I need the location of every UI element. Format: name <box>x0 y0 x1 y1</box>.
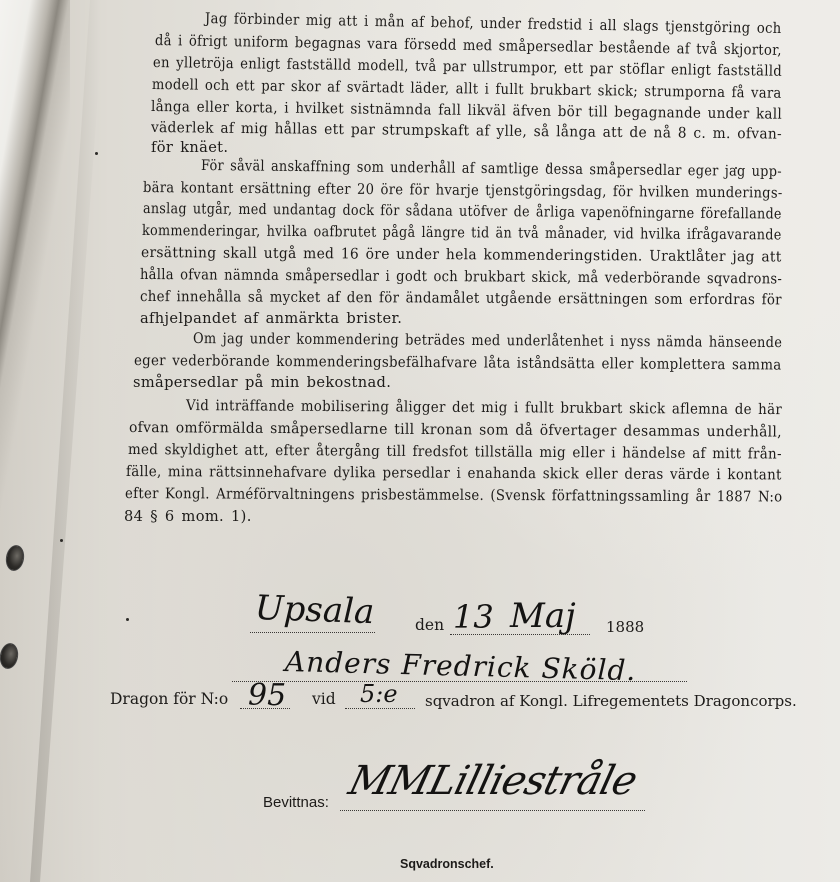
paper-speck <box>126 618 129 621</box>
text-line: Jag förbinder mig att i mån af behof, un… <box>205 10 782 37</box>
text-line: småpersedlar på min bekostnad. <box>133 374 391 391</box>
dragon-label: Dragon för N:o <box>110 690 228 708</box>
place-dotted-line <box>250 632 375 633</box>
text-line: För såväl anskaffning som underhåll af s… <box>201 157 782 180</box>
year-printed: 1888 <box>606 618 644 636</box>
text-line: modell och ett par skor af svärtadt läde… <box>152 76 782 102</box>
text-line: anslag utgår, med undantag dock för såda… <box>143 200 782 223</box>
witness-dotted-line <box>340 810 645 811</box>
squadron-text: sqvadron af Kongl. Lifregementets Dragon… <box>425 692 797 710</box>
text-line: afhjelpandet af anmärkta brister. <box>140 310 402 327</box>
date-dotted-line <box>450 634 590 635</box>
text-line: med skyldighet att, efter återgång till … <box>128 441 782 463</box>
text-line: ersättning skall utgå med 16 öre under h… <box>141 244 782 265</box>
document-page: Jag förbinder mig att i mån af behof, un… <box>0 0 840 882</box>
witness-label: Bevittnas: <box>263 794 329 811</box>
squadron-dotted-line <box>345 708 415 709</box>
text-line: en ylletröja enligt fastställd modell, t… <box>153 54 782 80</box>
text-line: Om jag under kommendering beträdes med u… <box>193 330 782 351</box>
text-line: eger vederbörande kommenderingsbefälhafv… <box>134 352 782 374</box>
footer-title: Sqvadronschef. <box>400 857 494 871</box>
paper-speck <box>95 152 98 155</box>
handwritten-squadron: 5:e <box>360 680 398 708</box>
text-line: väderlek af mig hållas ett par strumpska… <box>151 119 782 143</box>
text-line: efter Kongl. Arméförvaltningens prisbest… <box>125 485 783 505</box>
text-line: kommenderingar, hvilka oafbrutet pågå lä… <box>142 222 782 243</box>
text-line: ofvan omförmälda småpersedlarne till kro… <box>129 419 782 441</box>
document-body: Jag förbinder mig att i mån af behof, un… <box>0 0 840 882</box>
name-dotted-line <box>232 681 687 682</box>
handwritten-place: Upsala <box>254 588 375 632</box>
handwritten-month: Maj <box>510 596 576 636</box>
text-line: chef innehålla så mycket af den för ända… <box>140 288 782 308</box>
paper-speck <box>60 539 63 542</box>
witness-signature: MMLilliestråle <box>344 758 641 804</box>
text-line: fälle, mina rättsinnehafvare dylika pers… <box>126 463 782 483</box>
paper-speck <box>547 164 549 166</box>
text-line: Vid inträffande mobilisering åligger det… <box>186 397 782 418</box>
den-label: den <box>415 616 444 634</box>
text-line: för knäet. <box>151 139 228 156</box>
text-line: hålla ofvan nämnda småpersedlar i godt o… <box>140 266 782 287</box>
text-line: 84 § 6 mom. 1). <box>124 508 252 525</box>
vid-label: vid <box>312 690 336 708</box>
paper-speck <box>735 167 737 169</box>
handwritten-day: 13 <box>453 598 494 636</box>
text-line: bära kontant ersättning efter 20 öre för… <box>143 179 783 202</box>
number-dotted-line <box>240 708 290 709</box>
